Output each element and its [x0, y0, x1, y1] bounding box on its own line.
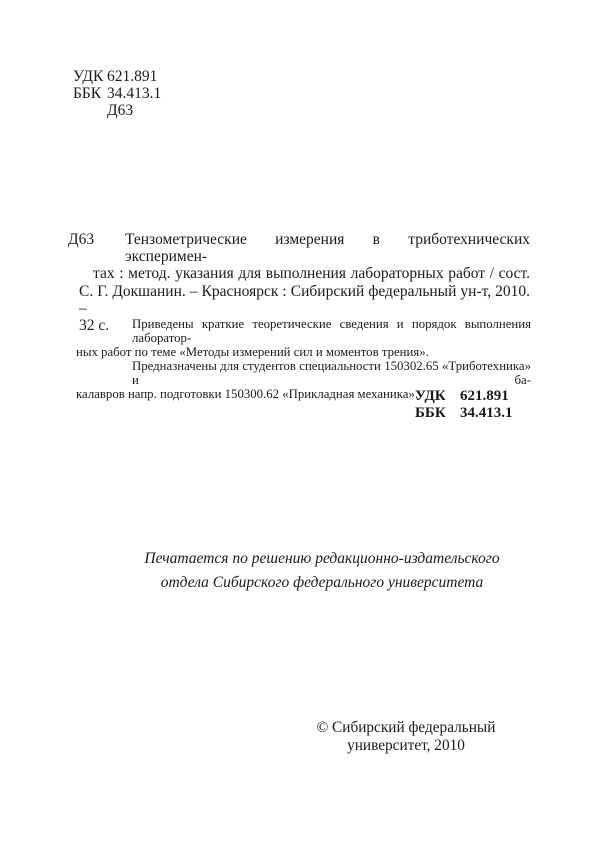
udc-top-row: Д63 [73, 102, 161, 119]
udc-top-block: УДК 621.891 ББК 34.413.1 Д63 [73, 68, 161, 119]
annotation-line: ных работ по теме «Методы измерений сил … [76, 346, 531, 360]
udc-top-row: УДК 621.891 [73, 68, 161, 85]
imprint-page: УДК 621.891 ББК 34.413.1 Д63 Д63 Тензоме… [0, 0, 600, 849]
udc-top-row: ББК 34.413.1 [73, 85, 161, 102]
imprint-note-line: Печатается по решению редакционно-издате… [120, 547, 524, 571]
udc-value: 621.891 [107, 68, 157, 85]
copyright-notice: © Сибирский федеральный университет, 201… [306, 719, 506, 754]
imprint-note: Печатается по решению редакционно-издате… [120, 547, 524, 595]
imprint-note-line: отдела Сибирского федерального университ… [120, 571, 524, 595]
udc-right-row: ББК 34.413.1 [415, 405, 513, 422]
annotation-line: Приведены краткие теоретические сведения… [76, 318, 531, 346]
bib-entry-line: тах : метод. указания для выполнения лаб… [79, 265, 530, 282]
udc-label-bold: УДК [415, 388, 460, 405]
author-sign-value: Д63 [107, 102, 133, 119]
udc-right-block: УДК 621.891 ББК 34.413.1 [415, 388, 513, 421]
copyright-line: © Сибирский федеральный [306, 719, 506, 737]
bbk-value: 34.413.1 [107, 85, 161, 102]
empty-label [73, 102, 107, 119]
copyright-line: университет, 2010 [306, 737, 506, 755]
bbk-value-bold: 34.413.1 [460, 405, 513, 422]
udc-right-row: УДК 621.891 [415, 388, 513, 405]
bbk-label: ББК [73, 85, 107, 102]
udc-value-bold: 621.891 [460, 388, 509, 405]
bib-entry-line: Тензометрические измерения в триботехнич… [79, 231, 530, 265]
annotation-line: Предназначены для студентов специальност… [76, 360, 531, 388]
bib-entry-line: С. Г. Докшанин. – Красноярск : Сибирский… [79, 283, 530, 317]
bbk-label-bold: ББК [415, 405, 460, 422]
udc-label: УДК [73, 68, 107, 85]
